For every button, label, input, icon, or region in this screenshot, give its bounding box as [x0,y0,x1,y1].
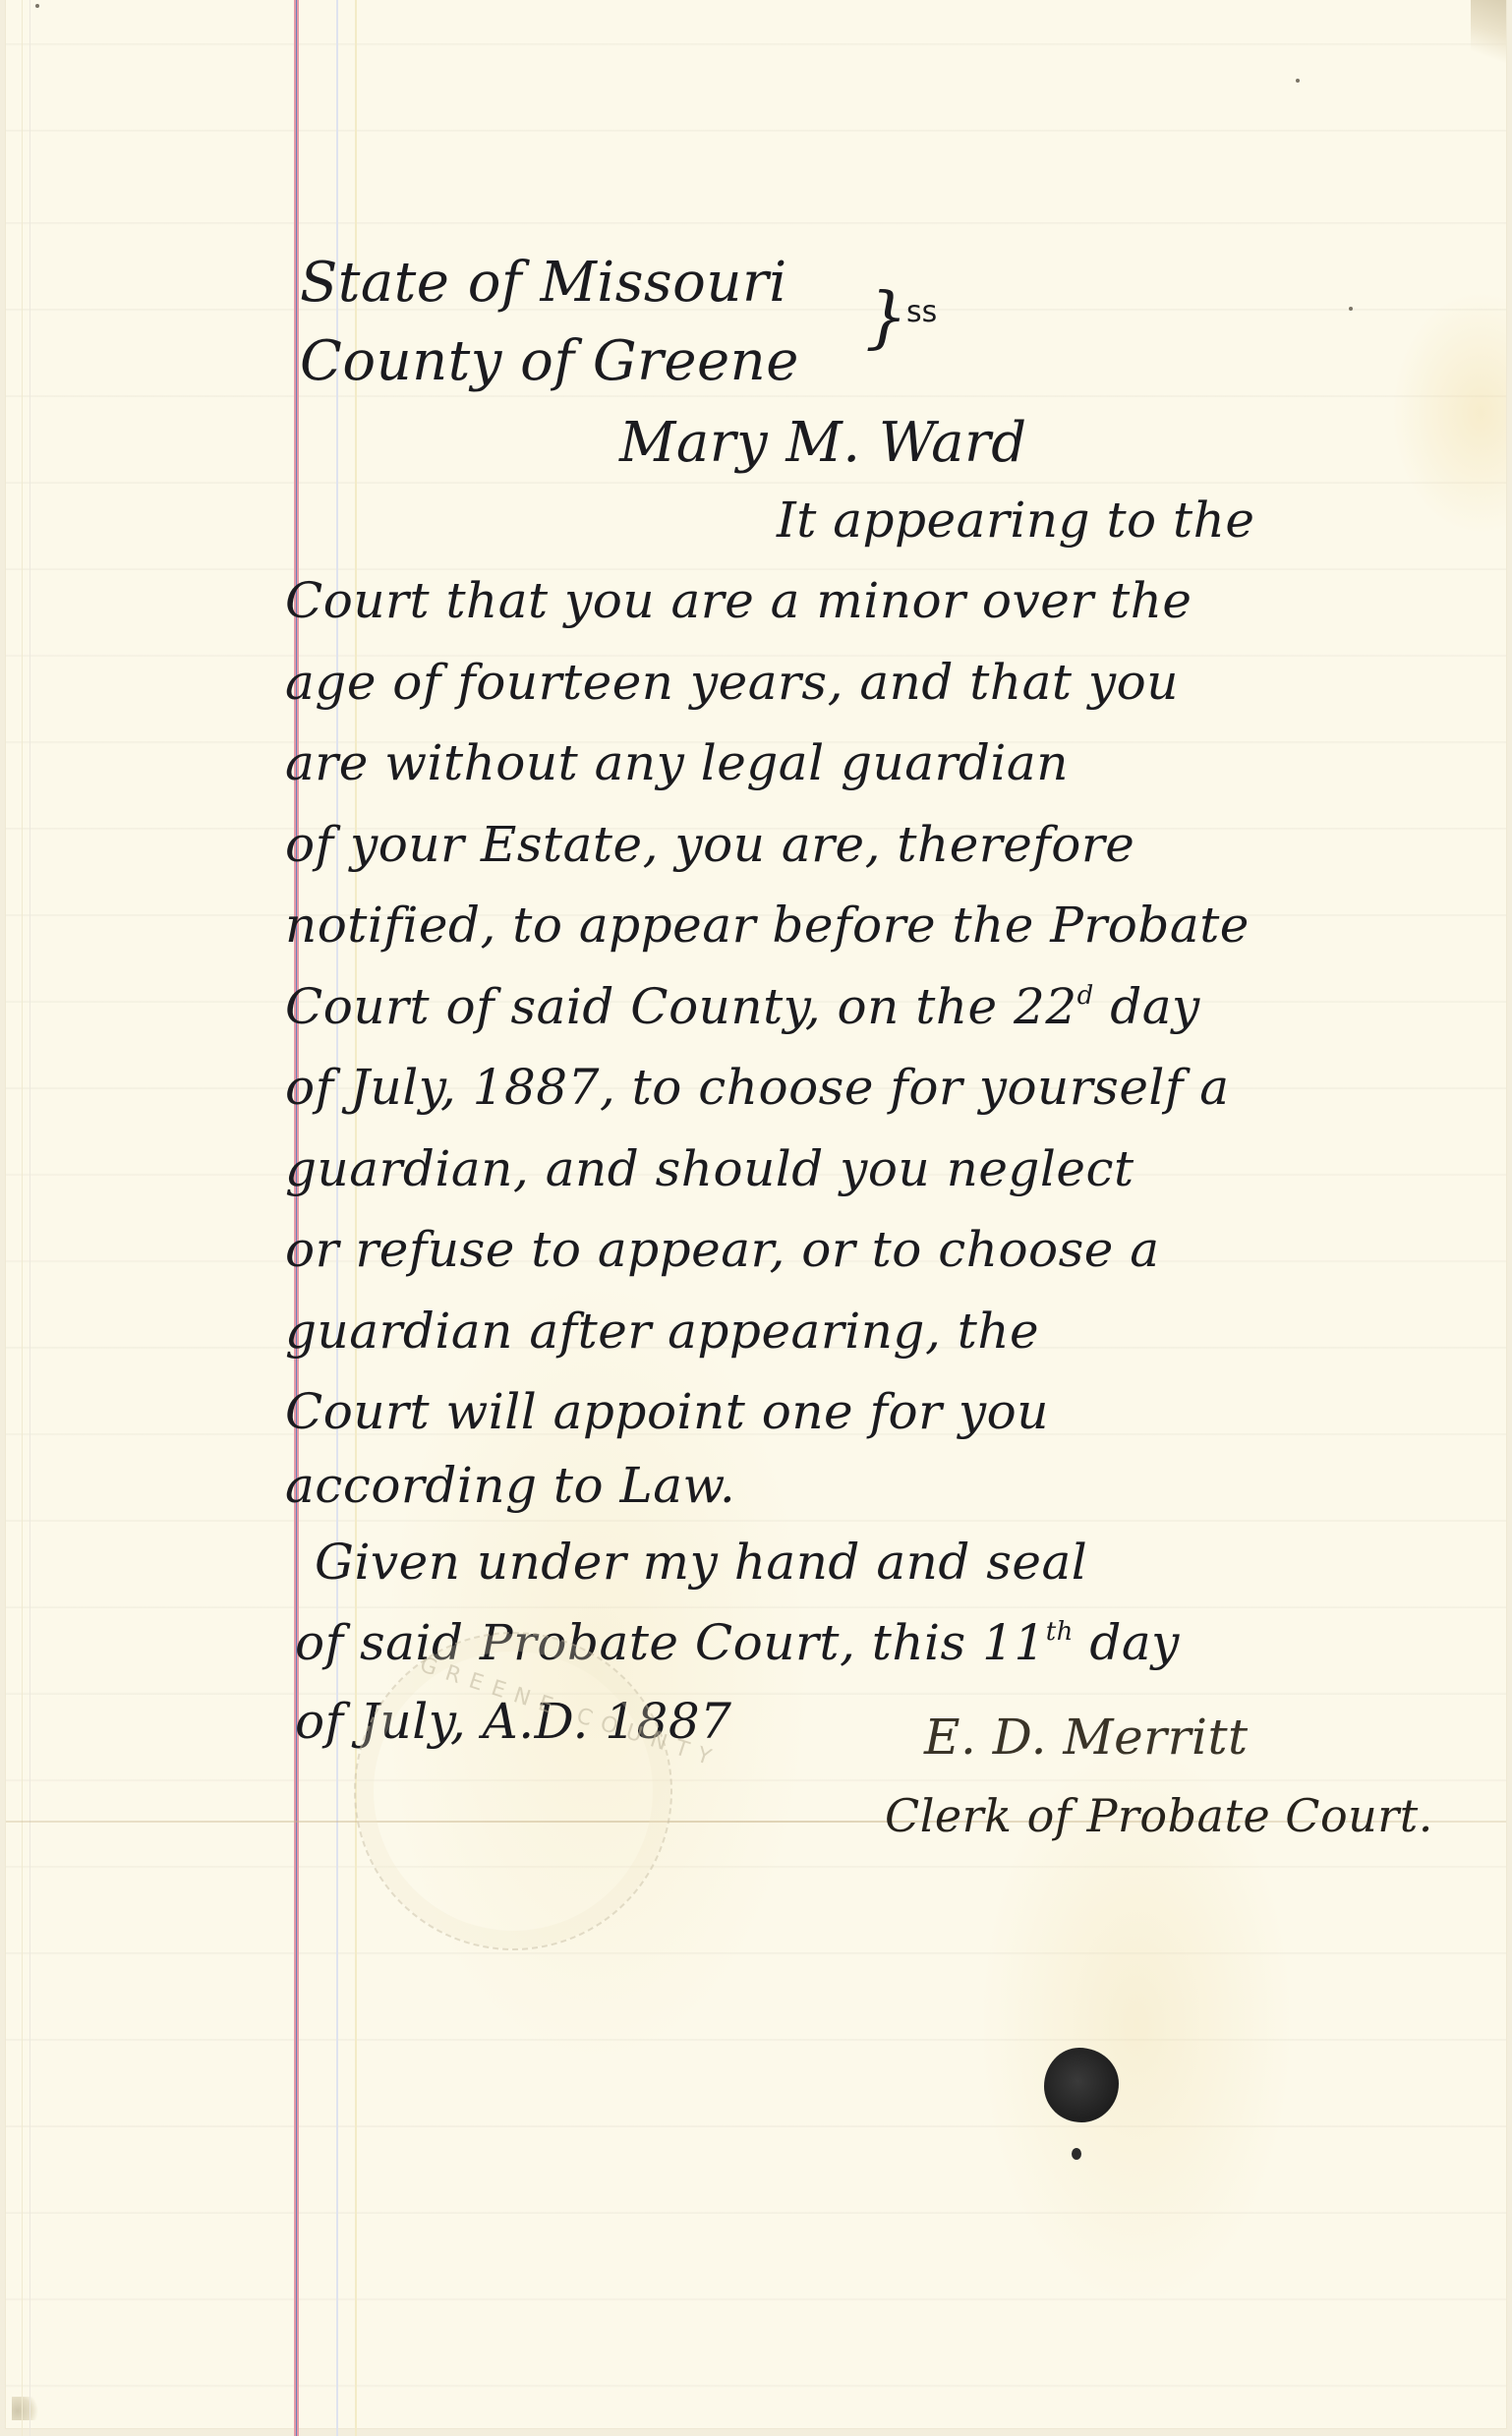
addressee-name: Mary M. Ward [619,411,1027,475]
body-line: guardian, and should you neglect [285,1140,1134,1197]
ordinal-suffix: d [1077,981,1094,1011]
body-line: or refuse to appear, or to choose a [285,1221,1160,1278]
paper-speck [1296,79,1300,83]
body-line: guardian after appearing, the [285,1303,1039,1360]
body-line: It appearing to the [777,492,1254,549]
body-line: notified, to appear before the Probate [285,897,1250,954]
body-line: of your Estate, you are, therefore [285,816,1134,873]
paper-speck [1349,307,1353,311]
edge-rule [22,0,23,2436]
clerk-signature: E. D. Merritt [924,1709,1249,1766]
day-word: day [1094,978,1200,1035]
county-line: County of Greene [300,329,799,393]
body-line: are without any legal guardian [285,734,1069,791]
attestation-text: of said Probate Court, this 11 [295,1614,1046,1671]
paper-speck [35,4,39,8]
margin-rule-red [297,0,299,2436]
embossed-seal [354,1632,672,1950]
attestation-line: Given under my hand and seal [315,1534,1087,1591]
body-line: Court that you are a minor over the [285,572,1192,629]
wax-seal-icon [1044,2048,1119,2122]
state-line: State of Missouri [300,251,787,315]
torn-corner [1471,0,1506,79]
torn-corner-bottom [12,2397,41,2420]
ink-blot [1072,2148,1081,2160]
body-line: according to Law. [285,1457,735,1514]
clerk-title: Clerk of Probate Court. [885,1789,1433,1842]
day-word: day [1074,1614,1180,1671]
ordinal-suffix: th [1046,1617,1074,1647]
body-line: Court will appoint one for you [285,1383,1049,1440]
edge-rule [29,0,30,2436]
body-line: age of fourteen years, and that you [285,654,1179,711]
venue-abbrev: ss [906,295,937,329]
body-line: of July, 1887, to choose for yourself a [285,1059,1230,1116]
body-line-text: Court of said County, on the 22 [285,978,1077,1035]
body-line-hearing-date: Court of said County, on the 22d day [285,978,1200,1035]
caption-brace: } [865,285,907,352]
